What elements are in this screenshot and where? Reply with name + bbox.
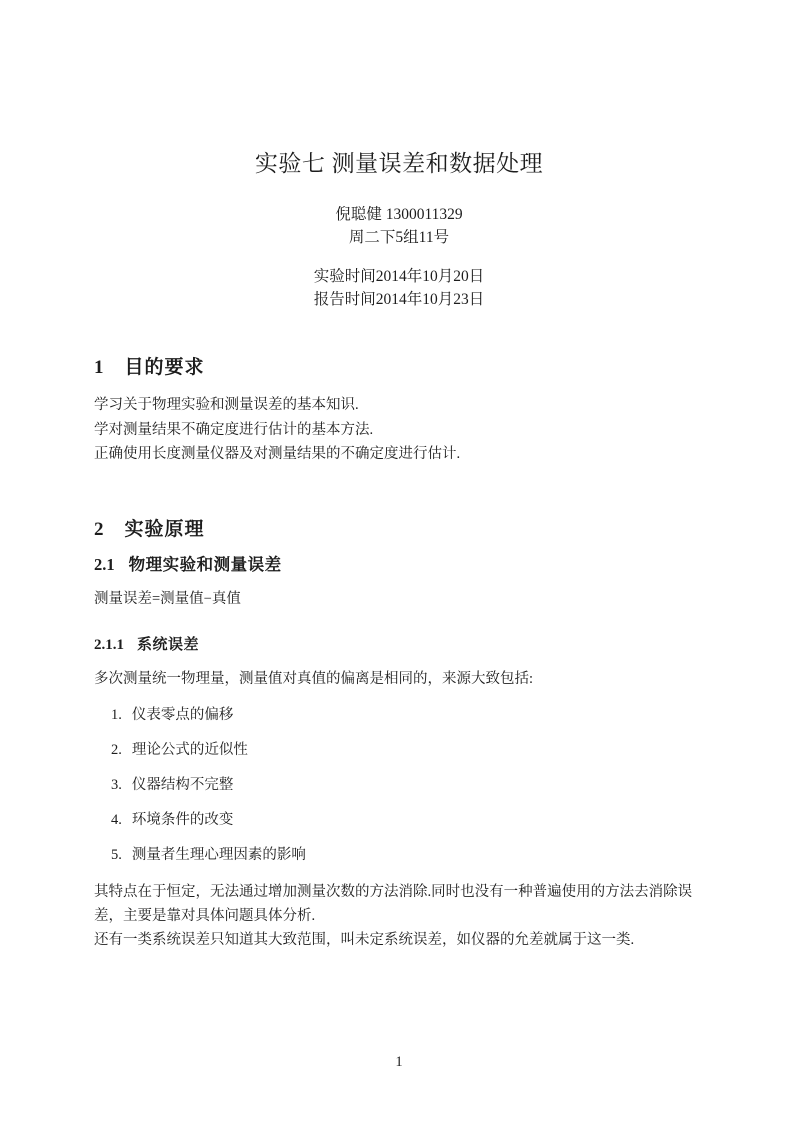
document-page: 实验七 测量误差和数据处理 倪聪健 1300011329 周二下5组11号 实验…: [0, 0, 793, 1122]
list-item: 4.环境条件的改变: [94, 810, 704, 830]
section-2-title: 实验原理: [125, 519, 205, 540]
list-item-number: 2.: [111, 740, 122, 760]
subsection-2-1-title: 物理实验和测量误差: [129, 556, 282, 574]
list-item-number: 3.: [111, 775, 122, 795]
list-item-number: 1.: [111, 705, 122, 725]
section-1-body: 学习关于物理实验和测量误差的基本知识. 学对测量结果不确定度进行估计的基本方法.…: [94, 393, 704, 467]
list-item-text: 测量者生理心理因素的影响: [132, 847, 306, 863]
list-item-number: 5.: [111, 845, 122, 865]
section-1-heading: 1目的要求: [94, 357, 704, 380]
section-2-heading: 2实验原理: [94, 519, 704, 542]
subsubsection-2-1-1-title: 系统误差: [137, 636, 199, 653]
closing-paragraph-2: 还有一类系统误差只知道其大致范围，叫未定系统误差，如仪器的允差就属于这一类.: [94, 928, 704, 952]
list-item-text: 理论公式的近似性: [132, 742, 248, 758]
systematic-error-closing: 其特点在于恒定，无法通过增加测量次数的方法消除.同时也没有一种普遍使用的方法去消…: [94, 880, 704, 952]
section-1-line: 学习关于物理实验和测量误差的基本知识.: [94, 393, 704, 418]
error-source-list: 1.仪表零点的偏移 2.理论公式的近似性 3.仪器结构不完整 4.环境条件的改变…: [94, 705, 704, 880]
list-item-text: 仪器结构不完整: [132, 777, 234, 793]
subsubsection-2-1-1-number: 2.1.1: [94, 637, 124, 653]
section-1-number: 1: [94, 357, 104, 378]
subsection-2-1-number: 2.1: [94, 555, 115, 574]
author-block: 倪聪健 1300011329 周二下5组11号: [94, 203, 704, 249]
page-title: 实验七 测量误差和数据处理: [94, 150, 704, 178]
page-number: 1: [94, 1052, 704, 1072]
subsection-2-1-heading: 2.1物理实验和测量误差: [94, 555, 704, 576]
list-item-text: 环境条件的改变: [132, 812, 234, 828]
section-1-title: 目的要求: [125, 357, 205, 378]
closing-paragraph-line: 其特点在于恒定，无法通过增加测量次数的方法消除.同时也没有一种普遍使用的方法去消…: [94, 880, 704, 904]
section-2-number: 2: [94, 519, 104, 540]
list-item: 2.理论公式的近似性: [94, 740, 704, 760]
systematic-error-intro: 多次测量统一物理量，测量值对真值的偏离是相同的，来源大致包括:: [94, 669, 704, 689]
experiment-date: 实验时间2014年10月20日: [94, 265, 704, 288]
date-block: 实验时间2014年10月20日 报告时间2014年10月23日: [94, 265, 704, 311]
section-1-line: 学对测量结果不确定度进行估计的基本方法.: [94, 418, 704, 443]
report-date: 报告时间2014年10月23日: [94, 288, 704, 311]
list-item-number: 4.: [111, 810, 122, 830]
list-item: 5.测量者生理心理因素的影响: [94, 845, 704, 865]
list-item: 3.仪器结构不完整: [94, 775, 704, 795]
author-group: 周二下5组11号: [94, 226, 704, 249]
author-name-id: 倪聪健 1300011329: [94, 203, 704, 226]
subsubsection-2-1-1-heading: 2.1.1系统误差: [94, 636, 704, 654]
measurement-error-equation: 测量误差=测量值−真值: [94, 589, 704, 609]
list-item: 1.仪表零点的偏移: [94, 705, 704, 725]
closing-paragraph-line: 差，主要是靠对具体问题具体分析.: [94, 904, 704, 928]
list-item-text: 仪表零点的偏移: [132, 707, 234, 723]
section-1-line: 正确使用长度测量仪器及对测量结果的不确定度进行估计.: [94, 442, 704, 467]
